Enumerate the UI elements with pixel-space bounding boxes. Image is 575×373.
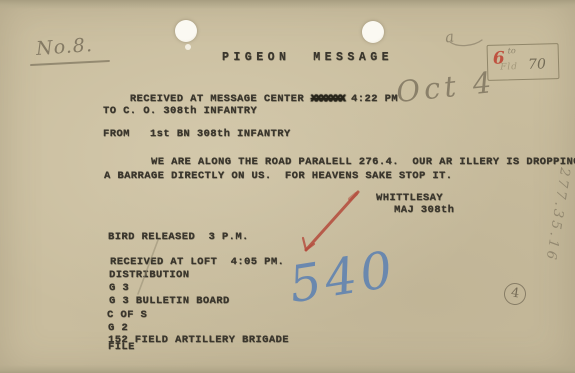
pigeon-message-document: No.8. PIGEON MESSAGE RECEIVED AT MESSAGE… — [0, 0, 575, 373]
distribution-item-file: FILE — [108, 341, 135, 353]
distribution-item-g3: G 3 — [109, 282, 129, 294]
pigeon-message-title: PIGEON MESSAGE — [222, 52, 393, 64]
received-time: 4:22 PM — [344, 93, 398, 105]
signature-rank: MAJ 308th — [394, 204, 454, 216]
hole-punch-left — [175, 20, 197, 42]
stamp-superscript: to — [508, 46, 516, 55]
hole-punch-right — [362, 21, 384, 43]
message-body-line-2: A BARRAGE DIRECTLY ON US. FOR HEAVENS SA… — [104, 170, 452, 182]
paper-top-edge — [0, 0, 575, 9]
from-line: FROM 1st BN 308th INFANTRY — [103, 128, 291, 140]
archive-stamp-box: 6 to Fld 70 — [487, 43, 560, 81]
pencil-date-annotation: Oct 4 — [394, 65, 496, 109]
pencil-slash — [130, 238, 170, 298]
hole-punch-drip — [185, 44, 191, 50]
stamp-script-text: Fld — [500, 62, 518, 72]
message-body-line-1: WE ARE ALONG THE ROAD PARALELL 276.4. OU… — [151, 156, 575, 168]
received-label: RECEIVED AT MESSAGE CENTER — [130, 93, 311, 105]
page-number-handwritten: No.8. — [35, 34, 93, 60]
archive-reference-vertical: 277.35.16 — [541, 166, 573, 271]
distribution-item-g2: G 2 — [108, 322, 128, 334]
distribution-item-c-of-s: C OF S — [107, 309, 147, 321]
distribution-item-field-artillery-brigade: 152 FIELD ARTILLERY BRIGADE — [108, 334, 289, 346]
page-number-underline — [30, 60, 110, 66]
paper-bottom-edge — [0, 365, 575, 373]
pencil-squiggle-tail — [448, 34, 484, 50]
stamp-number: 70 — [528, 56, 546, 72]
circled-number: 4 — [503, 282, 528, 307]
signature-name: WHITTLESAY — [376, 192, 443, 204]
overstruck-text: XXXXXXX — [311, 93, 345, 105]
to-line: TO C. O. 308th INFANTRY — [103, 105, 257, 117]
